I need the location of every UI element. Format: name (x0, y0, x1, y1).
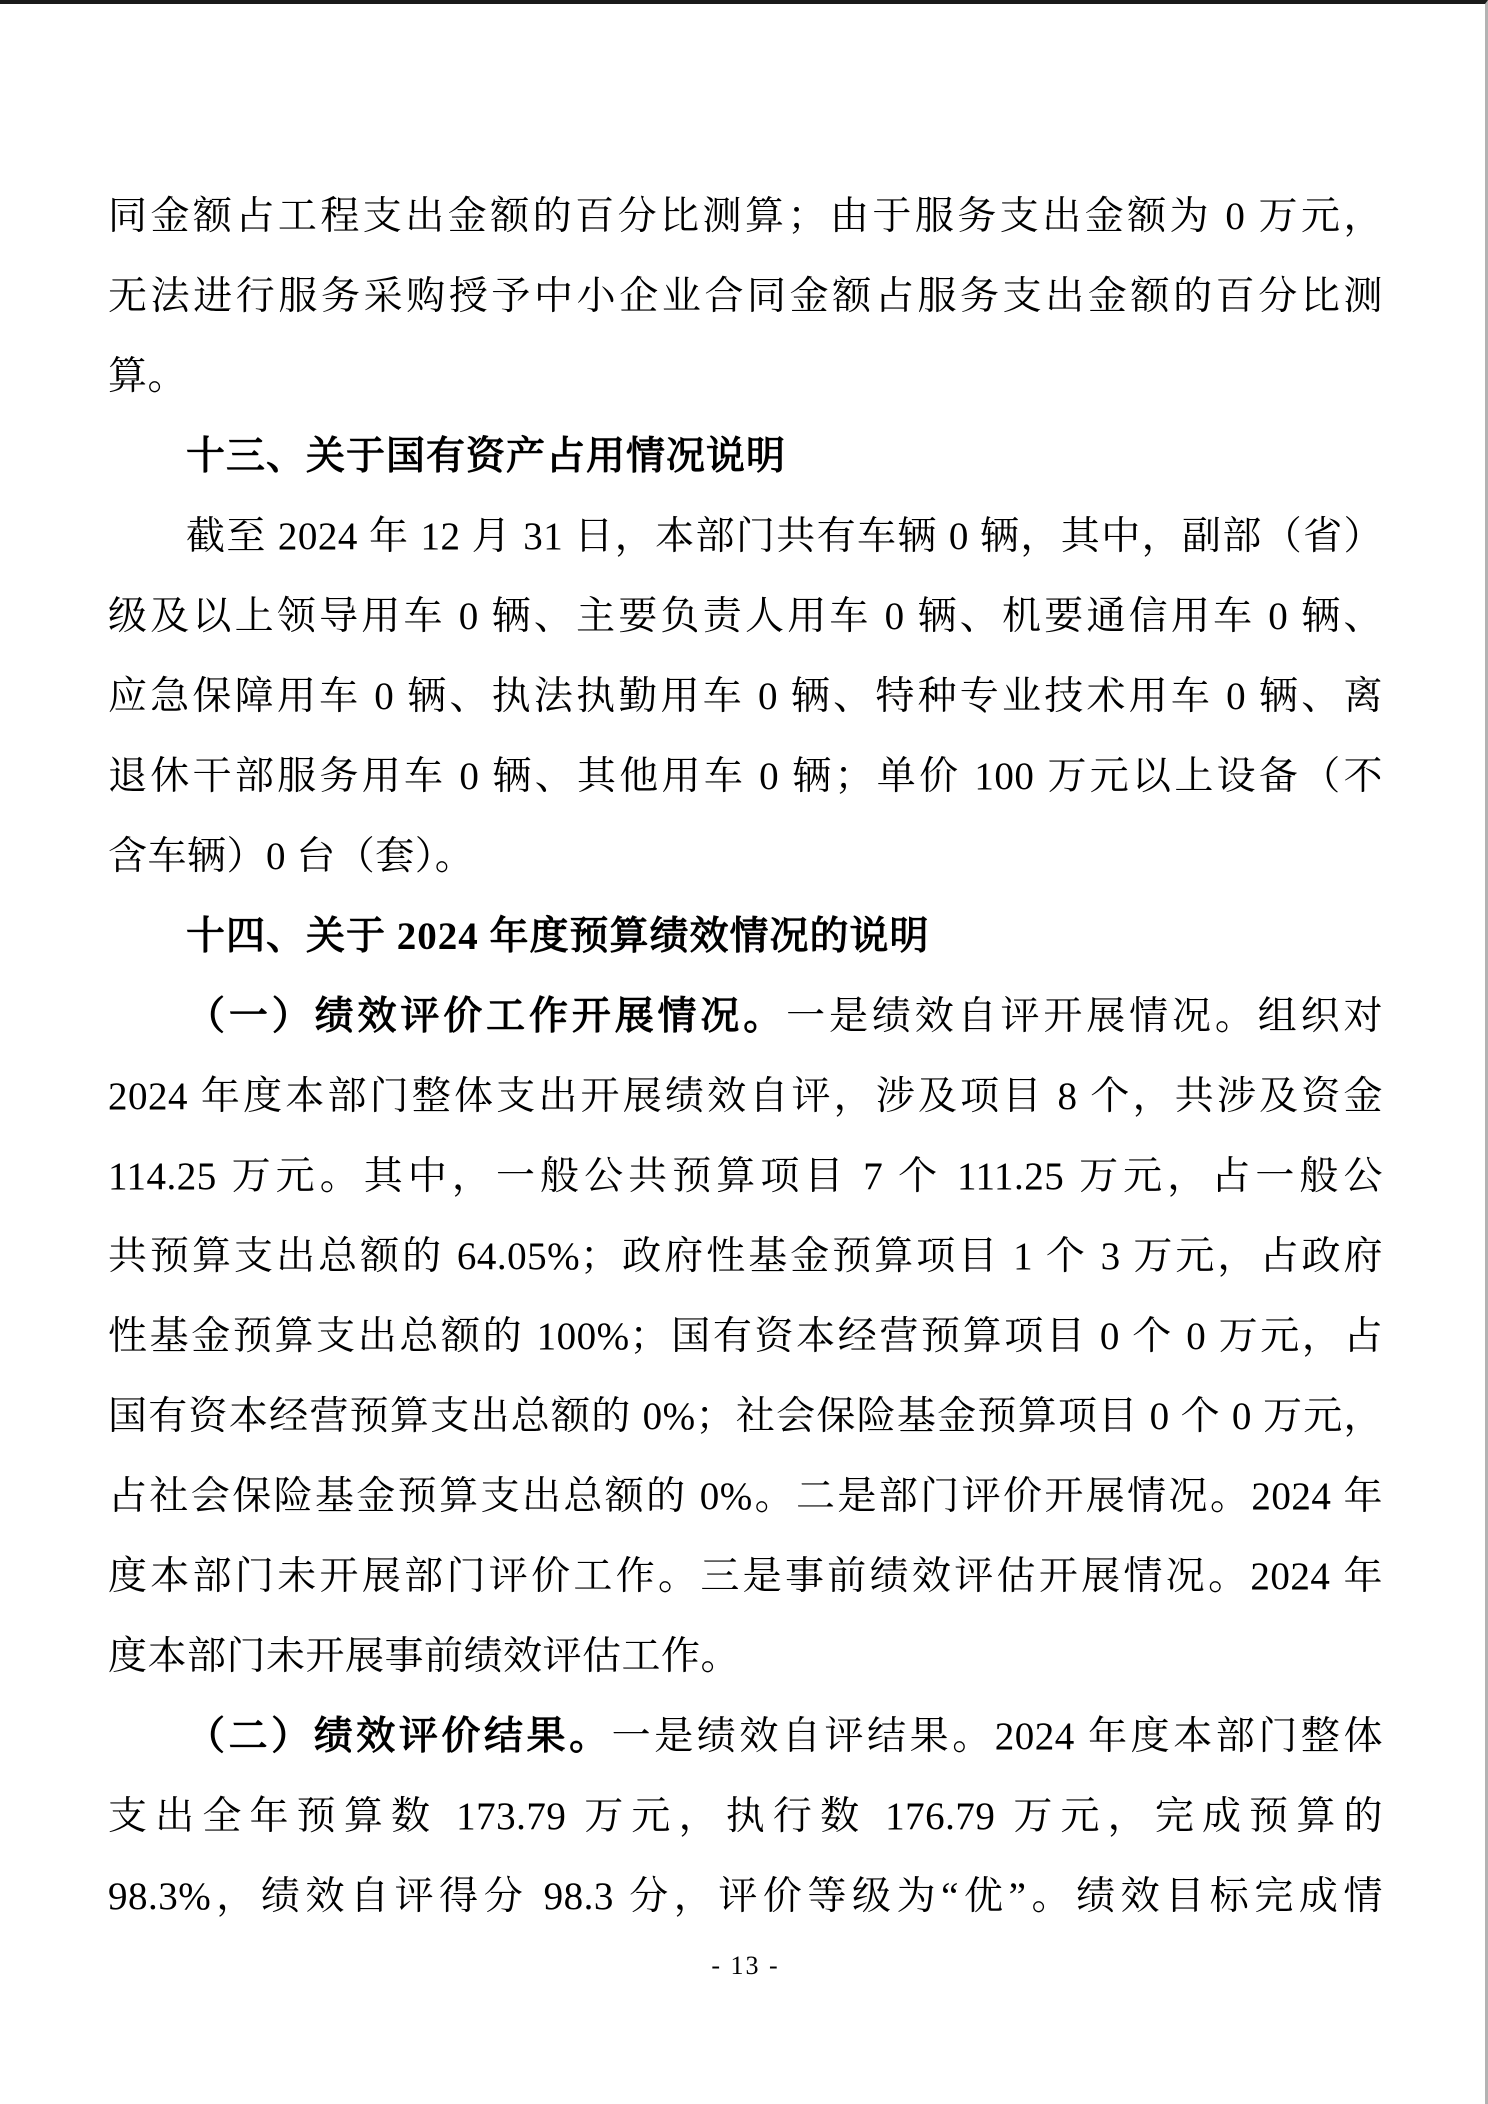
asset-paragraph-line: 退休干部服务用车 0 辆、其他用车 0 辆；单价 100 万元以上设备（不 (108, 737, 1383, 817)
asset-paragraph-line: 应急保障用车 0 辆、执法执勤用车 0 辆、特种专业技术用车 0 辆、离 (108, 657, 1383, 737)
performance-paragraph-line: 性基金预算支出总额的 100%；国有资本经营预算项目 0 个 0 万元，占 (108, 1297, 1383, 1377)
subsection-title: （一）绩效评价工作开展情况。 (186, 995, 786, 1038)
performance-result-line: （二）绩效评价结果。一是绩效自评结果。2024 年度本部门整体 (108, 1697, 1383, 1777)
performance-paragraph-line: 占社会保险基金预算支出总额的 0%。二是部门评价开展情况。2024 年 (108, 1457, 1383, 1537)
asset-paragraph-line: 截至 2024 年 12 月 31 日，本部门共有车辆 0 辆，其中，副部（省） (108, 497, 1383, 577)
page-number: - 13 - (108, 1949, 1383, 1983)
performance-result-line: 支出全年预算数 173.79 万元，执行数 176.79 万元，完成预算的 (108, 1777, 1383, 1857)
paragraph-continuation-line: 算。 (108, 337, 1383, 417)
document-body: 同金额占工程支出金额的百分比测算；由于服务支出金额为 0 万元， 无法进行服务采… (0, 4, 1485, 1983)
document-page: 同金额占工程支出金额的百分比测算；由于服务支出金额为 0 万元， 无法进行服务采… (0, 0, 1488, 2104)
performance-paragraph-line: 共预算支出总额的 64.05%；政府性基金预算项目 1 个 3 万元，占政府 (108, 1217, 1383, 1297)
performance-paragraph-text: 一是绩效自评开展情况。组织对 (786, 995, 1383, 1038)
performance-paragraph-line: 2024 年度本部门整体支出开展绩效自评，涉及项目 8 个，共涉及资金 (108, 1057, 1383, 1137)
heading-section-14: 十四、关于 2024 年度预算绩效情况的说明 (108, 897, 1383, 977)
performance-result-line: 98.3%，绩效自评得分 98.3 分，评价等级为“优”。绩效目标完成情 (108, 1857, 1383, 1937)
asset-paragraph-line: 级及以上领导用车 0 辆、主要负责人用车 0 辆、机要通信用车 0 辆、 (108, 577, 1383, 657)
performance-paragraph-line: 度本部门未开展部门评价工作。三是事前绩效评估开展情况。2024 年 (108, 1537, 1383, 1617)
subsection-title: （二）绩效评价结果。 (186, 1715, 612, 1758)
paragraph-continuation-line: 同金额占工程支出金额的百分比测算；由于服务支出金额为 0 万元， (108, 177, 1383, 257)
asset-paragraph-line: 含车辆）0 台（套）。 (108, 817, 1383, 897)
heading-section-13: 十三、关于国有资产占用情况说明 (108, 417, 1383, 497)
paragraph-continuation-line: 无法进行服务采购授予中小企业合同金额占服务支出金额的百分比测 (108, 257, 1383, 337)
performance-result-text: 一是绩效自评结果。2024 年度本部门整体 (612, 1715, 1383, 1758)
performance-paragraph-line: 度本部门未开展事前绩效评估工作。 (108, 1617, 1383, 1697)
performance-paragraph-line: （一）绩效评价工作开展情况。一是绩效自评开展情况。组织对 (108, 977, 1383, 1057)
performance-paragraph-line: 国有资本经营预算支出总额的 0%；社会保险基金预算项目 0 个 0 万元， (108, 1377, 1383, 1457)
performance-paragraph-line: 114.25 万元。其中，一般公共预算项目 7 个 111.25 万元，占一般公 (108, 1137, 1383, 1217)
